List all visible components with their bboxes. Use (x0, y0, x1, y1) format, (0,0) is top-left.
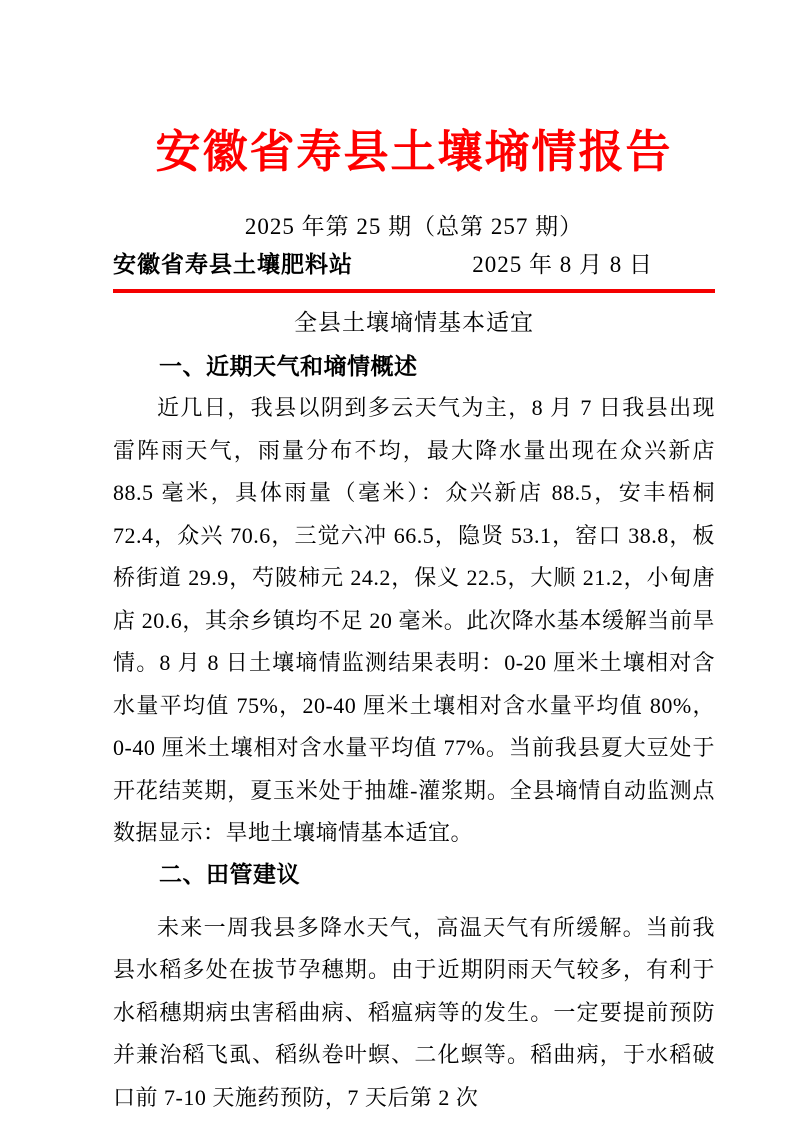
section-1-heading: 一、近期天气和墒情概述 (113, 349, 715, 383)
issue-line: 2025 年第 25 期（总第 257 期） (113, 212, 715, 242)
publisher-name: 安徽省寿县土壤肥料站 (113, 248, 353, 280)
red-divider-rule (113, 289, 715, 293)
section-2-heading: 二、田管建议 (113, 857, 715, 891)
publish-date: 2025 年 8 月 8 日 (472, 249, 715, 281)
section-1-paragraph: 近几日，我县以阴到多云天气为主，8 月 7 日我县出现雷阵雨天气，雨量分布不均，… (113, 387, 715, 855)
publisher-row: 安徽省寿县土壤肥料站 2025 年 8 月 8 日 (113, 248, 715, 281)
section-2-paragraph: 未来一周我县多降水天气，高温天气有所缓解。当前我县水稻多处在拔节孕穗期。由于近期… (113, 907, 715, 1120)
report-subtitle: 全县土壤墒情基本适宜 (113, 307, 715, 339)
report-title: 安徽省寿县土壤墒情报告 (113, 126, 715, 178)
report-page: 安徽省寿县土壤墒情报告 2025 年第 25 期（总第 257 期） 安徽省寿县… (0, 0, 793, 1122)
